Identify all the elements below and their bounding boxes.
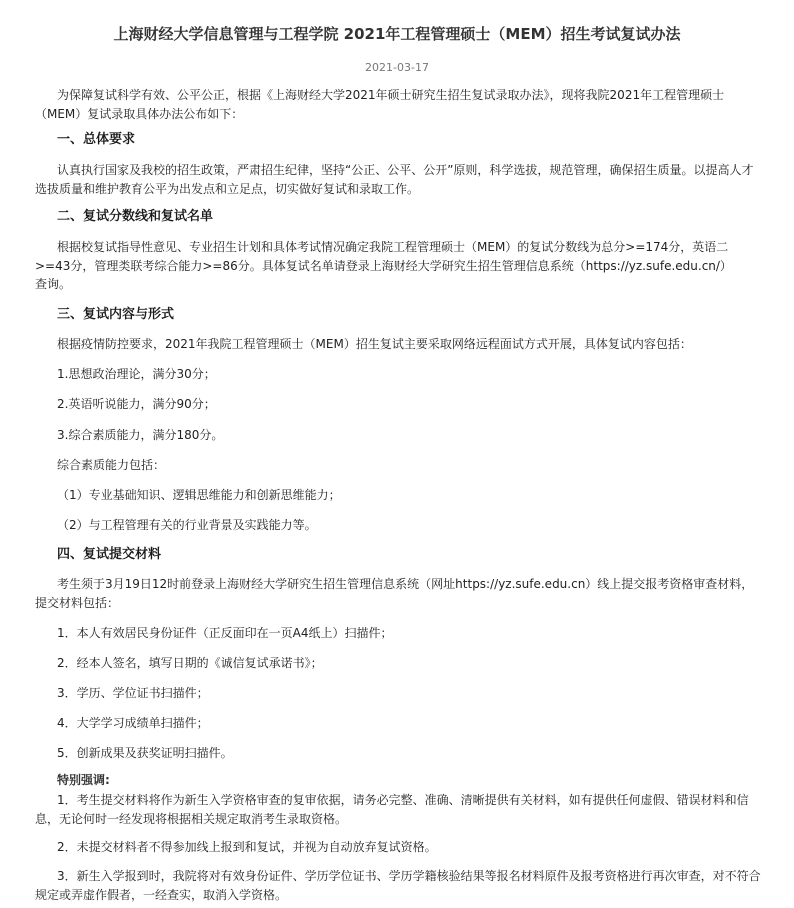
section-heading-3: 三、复试内容与形式: [57, 306, 174, 324]
list-item: 3.综合素质能力，满分180分。: [57, 426, 762, 445]
section-4-paragraph: 考生须于3月19日12时前登录上海财经大学研究生招生管理信息系统（网址https…: [35, 575, 762, 612]
list-item: 2．经本人签名，填写日期的《诚信复试承诺书》；: [57, 654, 762, 673]
list-item: 1．本人有效居民身份证件（正反面印在一页A4纸上）扫描件；: [57, 624, 762, 643]
sub-intro: 综合素质能力包括：: [57, 456, 762, 475]
section-3-paragraph: 根据疫情防控要求，2021年我院工程管理硕士（MEM）招生复试主要采取网络远程面…: [57, 335, 762, 354]
list-item: 5．创新成果及获奖证明扫描件。: [57, 744, 762, 763]
list-item: 3．学历、学位证书扫描件；: [57, 684, 762, 703]
section-1-paragraph: 认真执行国家及我校的招生政策，严肃招生纪律，坚持“公正、公平、公开”原则，科学选…: [35, 161, 762, 198]
emphasis-item: 2．未提交材料者不得参加线上报到和复试，并视为自动放弃复试资格。: [35, 838, 762, 857]
section-heading-2: 二、复试分数线和复试名单: [57, 208, 213, 226]
emphasis-item: 1．考生提交材料将作为新生入学资格审查的复审依据，请务必完整、准确、清晰提供有关…: [35, 791, 762, 828]
list-item: 4．大学学习成绩单扫描件；: [57, 714, 762, 733]
section-heading-1: 一、总体要求: [57, 131, 135, 149]
list-item: （2）与工程管理有关的行业背景及实践能力等。: [57, 516, 762, 535]
list-item: 1.思想政治理论，满分30分；: [57, 365, 762, 384]
emphasis-item: 3．新生入学报到时，我院将对有效身份证件、学历学位证书、学历学籍核验结果等报名材…: [35, 867, 762, 904]
section-heading-4: 四、复试提交材料: [57, 546, 161, 564]
section-2-paragraph: 根据校复试指导性意见、专业招生计划和具体考试情况确定我院工程管理硕士（MEM）的…: [35, 238, 735, 294]
intro-paragraph: 为保障复试科学有效、公平公正，根据《上海财经大学2021年硕士研究生招生复试录取…: [35, 86, 762, 123]
list-item: 2.英语听说能力，满分90分；: [57, 395, 762, 414]
page-title: 上海财经大学信息管理与工程学院 2021年工程管理硕士（MEM）招生考试复试办法: [0, 24, 794, 44]
list-item: （1）专业基础知识、逻辑思维能力和创新思维能力；: [57, 486, 762, 505]
emphasis-label: 特别强调:: [57, 771, 110, 789]
publish-date: 2021-03-17: [0, 60, 794, 76]
